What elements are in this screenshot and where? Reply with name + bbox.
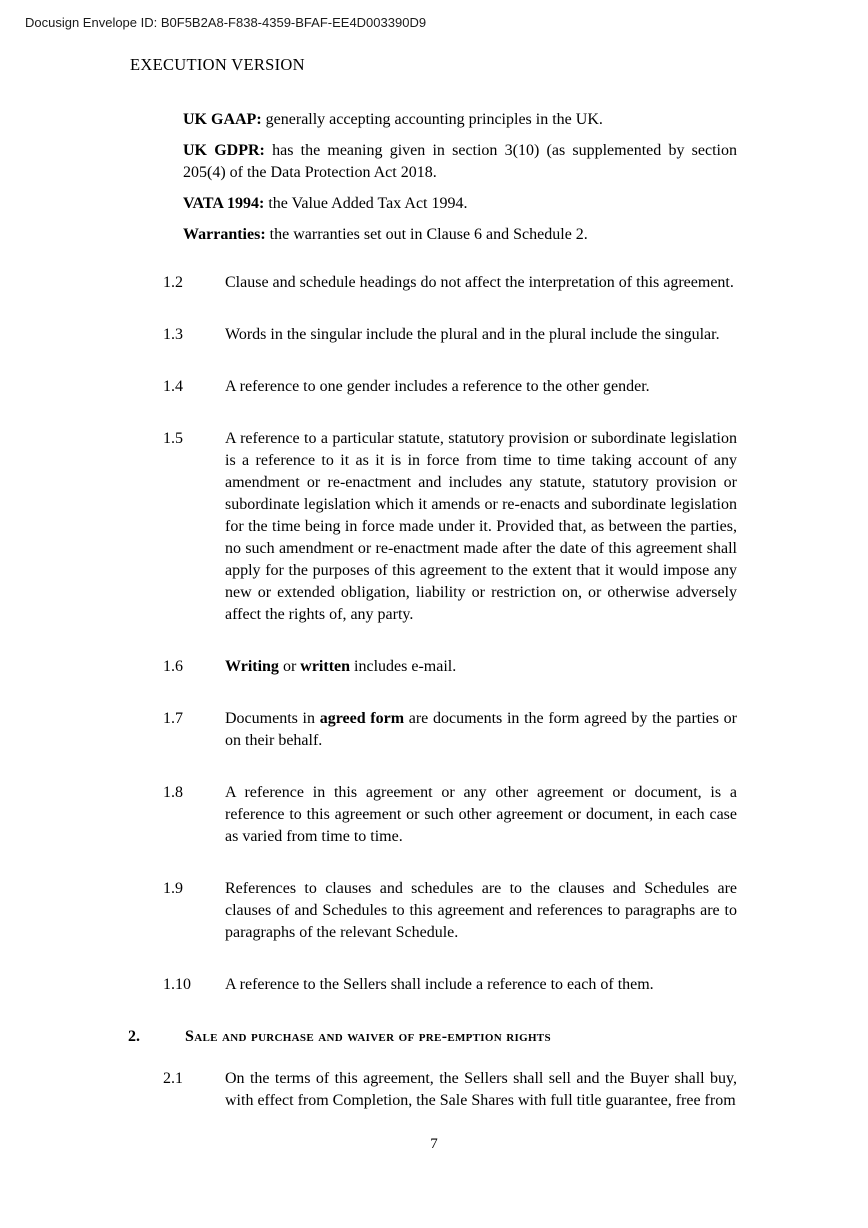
section-number: 2. [128, 1026, 185, 1048]
definition-term: UK GAAP: [183, 111, 262, 128]
clause-text: References to clauses and schedules are … [225, 878, 737, 944]
definition-warranties: Warranties: the warranties set out in Cl… [183, 224, 737, 246]
clause-text: Documents in agreed form are documents i… [225, 708, 737, 752]
definition-vata-1994: VATA 1994: the Value Added Tax Act 1994. [183, 193, 737, 215]
clause-text: On the terms of this agreement, the Sell… [225, 1068, 737, 1112]
clause-text-segment: written [300, 658, 350, 675]
clause-number: 1.3 [163, 324, 225, 346]
clause-text: Words in the singular include the plural… [225, 324, 737, 346]
document-content: UK GAAP: generally accepting accounting … [0, 109, 868, 1142]
clause-1-7: 1.7 Documents in agreed form are documen… [163, 708, 868, 752]
clause-text-segment: or [279, 658, 300, 675]
clause-number: 1.9 [163, 878, 225, 944]
document-page: { "page": { "docusign_line": "Docusign E… [0, 0, 868, 1228]
execution-version-label: EXECUTION VERSION [130, 55, 305, 75]
clause-text: Writing or written includes e-mail. [225, 656, 737, 678]
clause-text: A reference to the Sellers shall include… [225, 974, 737, 996]
clause-1-2: 1.2 Clause and schedule headings do not … [163, 272, 868, 294]
clause-2-1: 2.1 On the terms of this agreement, the … [163, 1068, 868, 1112]
clause-number: 2.1 [163, 1068, 225, 1112]
definition-term: VATA 1994: [183, 195, 264, 212]
definition-term: Warranties: [183, 226, 266, 243]
clause-text-segment: Documents in [225, 710, 320, 727]
clause-text: Clause and schedule headings do not affe… [225, 272, 737, 294]
definition-text: generally accepting accounting principle… [262, 111, 603, 128]
definitions-block: UK GAAP: generally accepting accounting … [183, 109, 737, 246]
clause-1-5: 1.5 A reference to a particular statute,… [163, 428, 868, 626]
clause-number: 1.2 [163, 272, 225, 294]
definition-text: has the meaning given in section 3(10) (… [183, 142, 737, 181]
section-title: Sale and purchase and waiver of pre-empt… [185, 1026, 551, 1048]
clause-1-8: 1.8 A reference in this agreement or any… [163, 782, 868, 848]
clause-text-segment: agreed form [320, 710, 404, 727]
definition-text: the warranties set out in Clause 6 and S… [266, 226, 588, 243]
page-number: 7 [0, 1136, 868, 1153]
clause-1-9: 1.9 References to clauses and schedules … [163, 878, 868, 944]
clause-text: A reference in this agreement or any oth… [225, 782, 737, 848]
clause-list: 1.2 Clause and schedule headings do not … [0, 272, 868, 1112]
docusign-envelope-id: Docusign Envelope ID: B0F5B2A8-F838-4359… [25, 15, 426, 30]
definition-uk-gdpr: UK GDPR: has the meaning given in sectio… [183, 140, 737, 184]
clause-number: 1.6 [163, 656, 225, 678]
definition-text: the Value Added Tax Act 1994. [264, 195, 467, 212]
clause-1-3: 1.3 Words in the singular include the pl… [163, 324, 868, 346]
clause-text: A reference to one gender includes a ref… [225, 376, 737, 398]
clause-1-6: 1.6 Writing or written includes e-mail. [163, 656, 868, 678]
clause-number: 1.5 [163, 428, 225, 626]
clause-number: 1.8 [163, 782, 225, 848]
clause-text-segment: includes e-mail. [350, 658, 456, 675]
clause-1-10: 1.10 A reference to the Sellers shall in… [163, 974, 868, 996]
clause-text-segment: Writing [225, 658, 279, 675]
section-2-heading: 2. Sale and purchase and waiver of pre-e… [128, 1026, 868, 1048]
clause-number: 1.10 [163, 974, 225, 996]
definition-uk-gaap: UK GAAP: generally accepting accounting … [183, 109, 737, 131]
clause-number: 1.4 [163, 376, 225, 398]
clause-number: 1.7 [163, 708, 225, 752]
definition-term: UK GDPR: [183, 142, 265, 159]
clause-text: A reference to a particular statute, sta… [225, 428, 737, 626]
clause-1-4: 1.4 A reference to one gender includes a… [163, 376, 868, 398]
